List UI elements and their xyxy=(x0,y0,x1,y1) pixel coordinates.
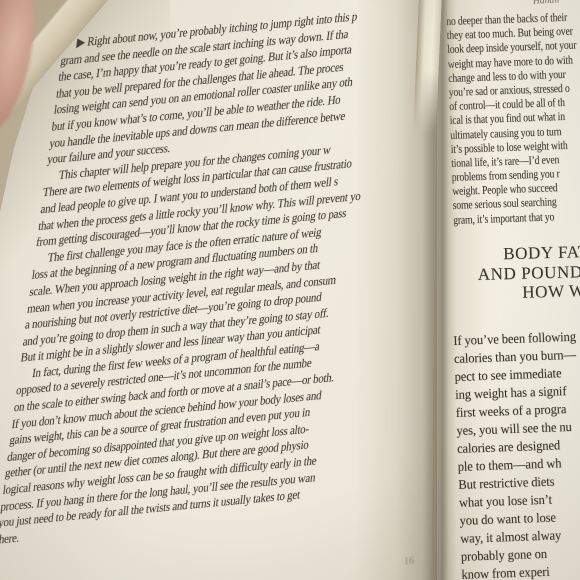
left-page-text: ▶ Right about now, you’re probably itchi… xyxy=(0,0,445,548)
text-line: BODY FAT xyxy=(437,240,580,266)
right-page-text-top: no deeper than the backs of theirthey ea… xyxy=(446,9,580,226)
running-header: Handli xyxy=(533,0,560,7)
page-number: 16 xyxy=(403,555,414,567)
section-heading: BODY FATAND POUNDHOW W xyxy=(437,240,580,305)
right-book-page: Handli no deeper than the backs of their… xyxy=(437,0,580,580)
book-photo: ▶ Right about now, you’re probably itchi… xyxy=(0,0,580,580)
text-line: know from experi xyxy=(461,562,580,580)
right-page-text-bottom: If you’ve been followingcalories than yo… xyxy=(453,328,580,580)
